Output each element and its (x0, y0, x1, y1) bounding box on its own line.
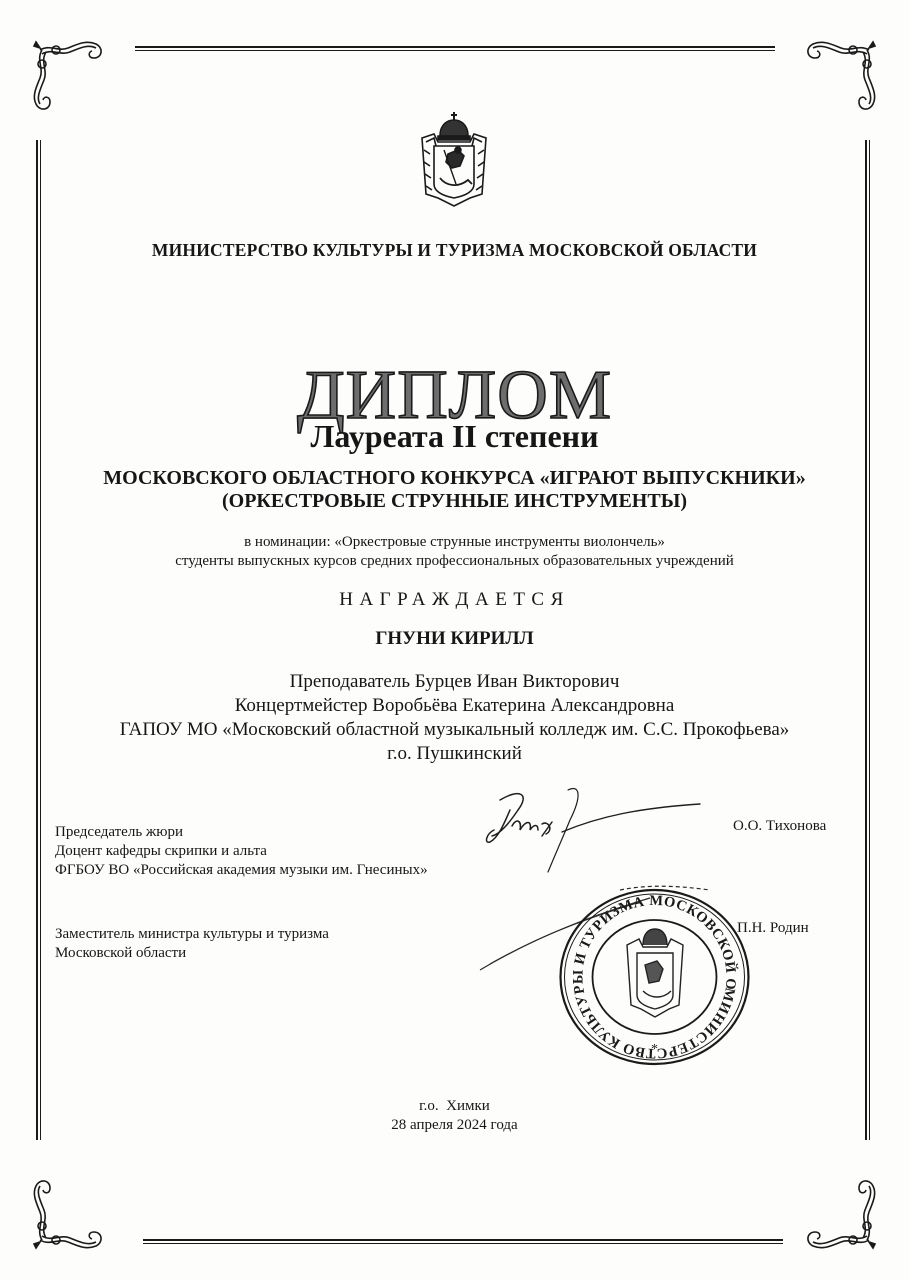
signatory-1-position-line: Доцент кафедры скрипки и альта (55, 842, 428, 861)
category-text: студенты выпускных курсов средних профес… (0, 553, 909, 570)
ornamental-corner-bottom-left-icon (30, 1172, 110, 1252)
institution-city: г.о. Пушкинский (0, 743, 909, 765)
laureate-degree: Лауреата II степени (0, 418, 909, 454)
contest-name: МОСКОВСКОГО ОБЛАСТНОГО КОНКУРСА «ИГРАЮТ … (0, 467, 909, 490)
accompanist-line: Концертмейстер Воробьёва Екатерина Алекс… (0, 695, 909, 717)
institution-line: ГАПОУ МО «Московский областной музыкальн… (0, 719, 909, 741)
issue-place: г.о. Химки (0, 1098, 909, 1115)
border-top-line (135, 46, 775, 51)
signatory-1-position-line: ФГБОУ ВО «Российская академия музыки им.… (55, 861, 428, 880)
signatory-2-position-line: Московской области (55, 944, 329, 963)
signatory-1-position: Председатель жюри Доцент кафедры скрипки… (55, 823, 428, 880)
ministry-header: МИНИСТЕРСТВО КУЛЬТУРЫ И ТУРИЗМА МОСКОВСК… (0, 240, 909, 261)
ornamental-corner-top-left-icon (30, 38, 110, 118)
ornamental-corner-top-right-icon (799, 38, 879, 118)
svg-text:*: * (651, 1042, 658, 1057)
official-round-seal-icon: МИНИСТЕРСТВО КУЛЬТУРЫ И ТУРИЗМА МОСКОВСК… (557, 887, 752, 1067)
nomination-text: в номинации: «Оркестровые струнные инстр… (0, 534, 909, 551)
contest-subtitle: (ОРКЕСТРОВЫЕ СТРУННЫЕ ИНСТРУМЕНТЫ) (0, 490, 909, 513)
signatory-1-name: О.О. Тихонова (733, 818, 826, 835)
recipient-name: ГНУНИ КИРИЛЛ (0, 628, 909, 650)
teacher-line: Преподаватель Бурцев Иван Викторович (0, 671, 909, 693)
signatory-2-position: Заместитель министра культуры и туризма … (55, 925, 329, 963)
issue-date: 28 апреля 2024 года (0, 1117, 909, 1134)
handwritten-signature-icon (470, 780, 720, 880)
moscow-oblast-coat-of-arms-icon (414, 110, 494, 210)
border-bottom-line (143, 1239, 783, 1244)
awarded-label: НАГРАЖДАЕТСЯ (0, 589, 909, 611)
signatory-2-position-line: Заместитель министра культуры и туризма (55, 925, 329, 944)
signatory-1-position-line: Председатель жюри (55, 823, 428, 842)
ornamental-corner-bottom-right-icon (799, 1172, 879, 1252)
